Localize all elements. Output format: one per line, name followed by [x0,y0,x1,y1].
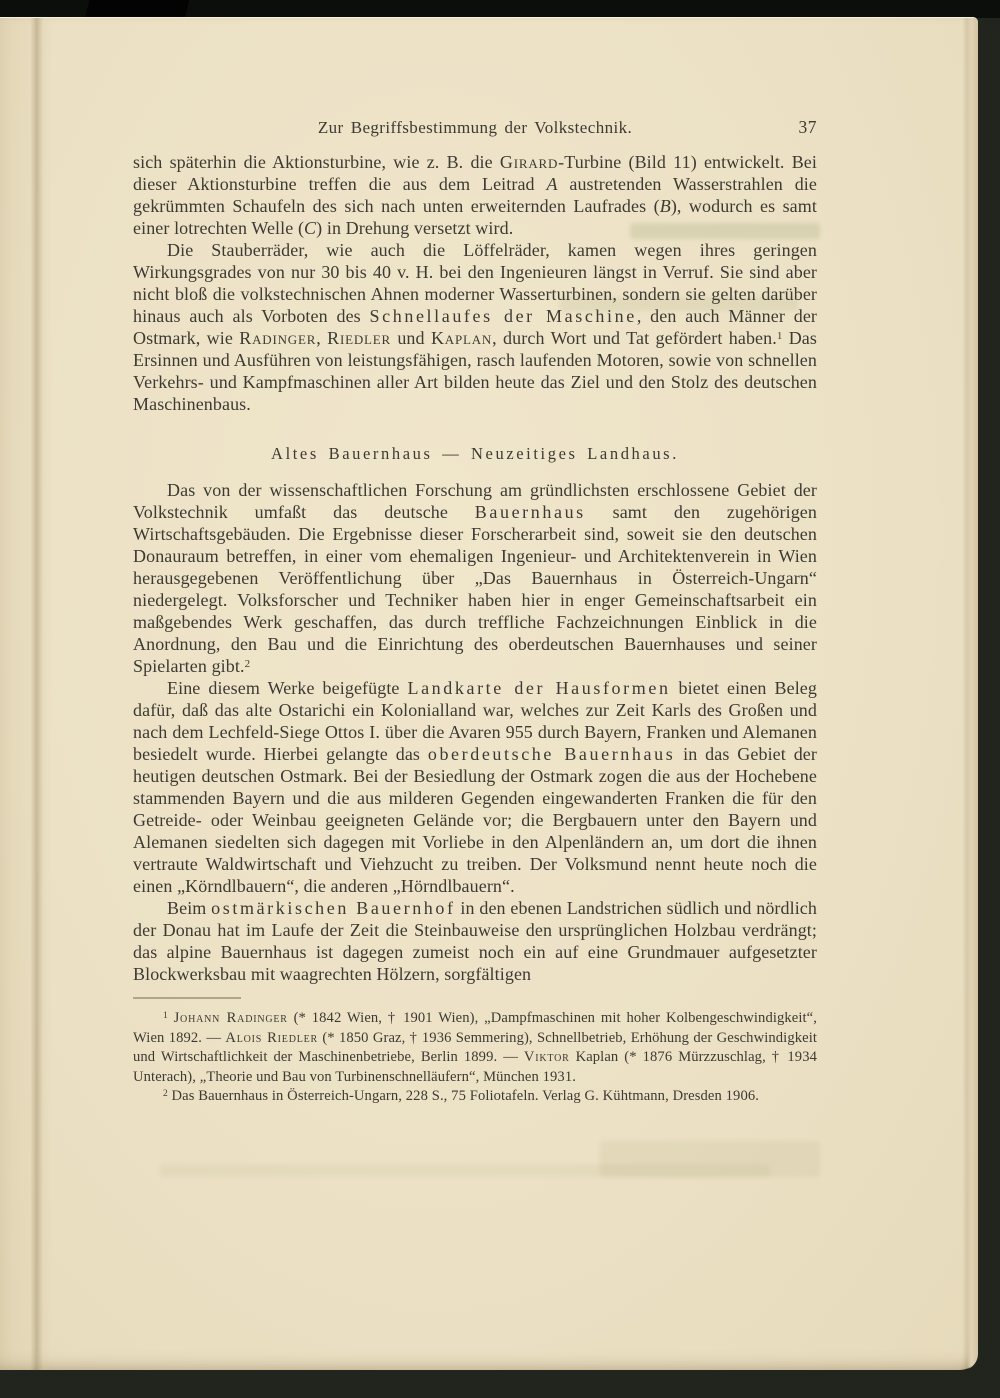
running-head-title: Zur Begriffsbestimmung der Volkstechnik. [318,118,632,137]
text-column: sich späterhin die Aktionsturbine, wie z… [133,151,817,1107]
footnote-rule [133,997,241,999]
page-number: 37 [799,117,818,137]
page-fore-edge [962,18,978,1370]
book-page: Zur Begriffsbestimmung der Volkstechnik.… [0,17,978,1370]
footnote-1: 1 Johann Radinger (* 1842 Wien, † 1901 W… [133,1009,817,1087]
footnote-2: 2 Das Bauernhaus in Österreich-Ungarn, 2… [133,1087,817,1107]
paragraph-landkarte: Eine diesem Werke beigefügte Landkarte d… [133,677,817,897]
paragraph-turbine: sich späterhin die Aktionsturbine, wie z… [133,151,817,239]
running-head: Zur Begriffsbestimmung der Volkstechnik.… [133,118,817,138]
paragraph-stauberraeder: Die Stauberräder, wie auch die Löffelräd… [133,239,817,415]
page-gutter-shadow [0,18,52,1370]
section-heading: Altes Bauernhaus — Neuzeitiges Landhaus. [133,443,817,465]
paragraph-bauernhof: Beim ostmärkischen Bauernhof in den eben… [133,897,817,985]
paragraph-forschung: Das von der wissenschaftlichen Forschung… [133,479,817,677]
ink-showthrough [160,1164,770,1177]
